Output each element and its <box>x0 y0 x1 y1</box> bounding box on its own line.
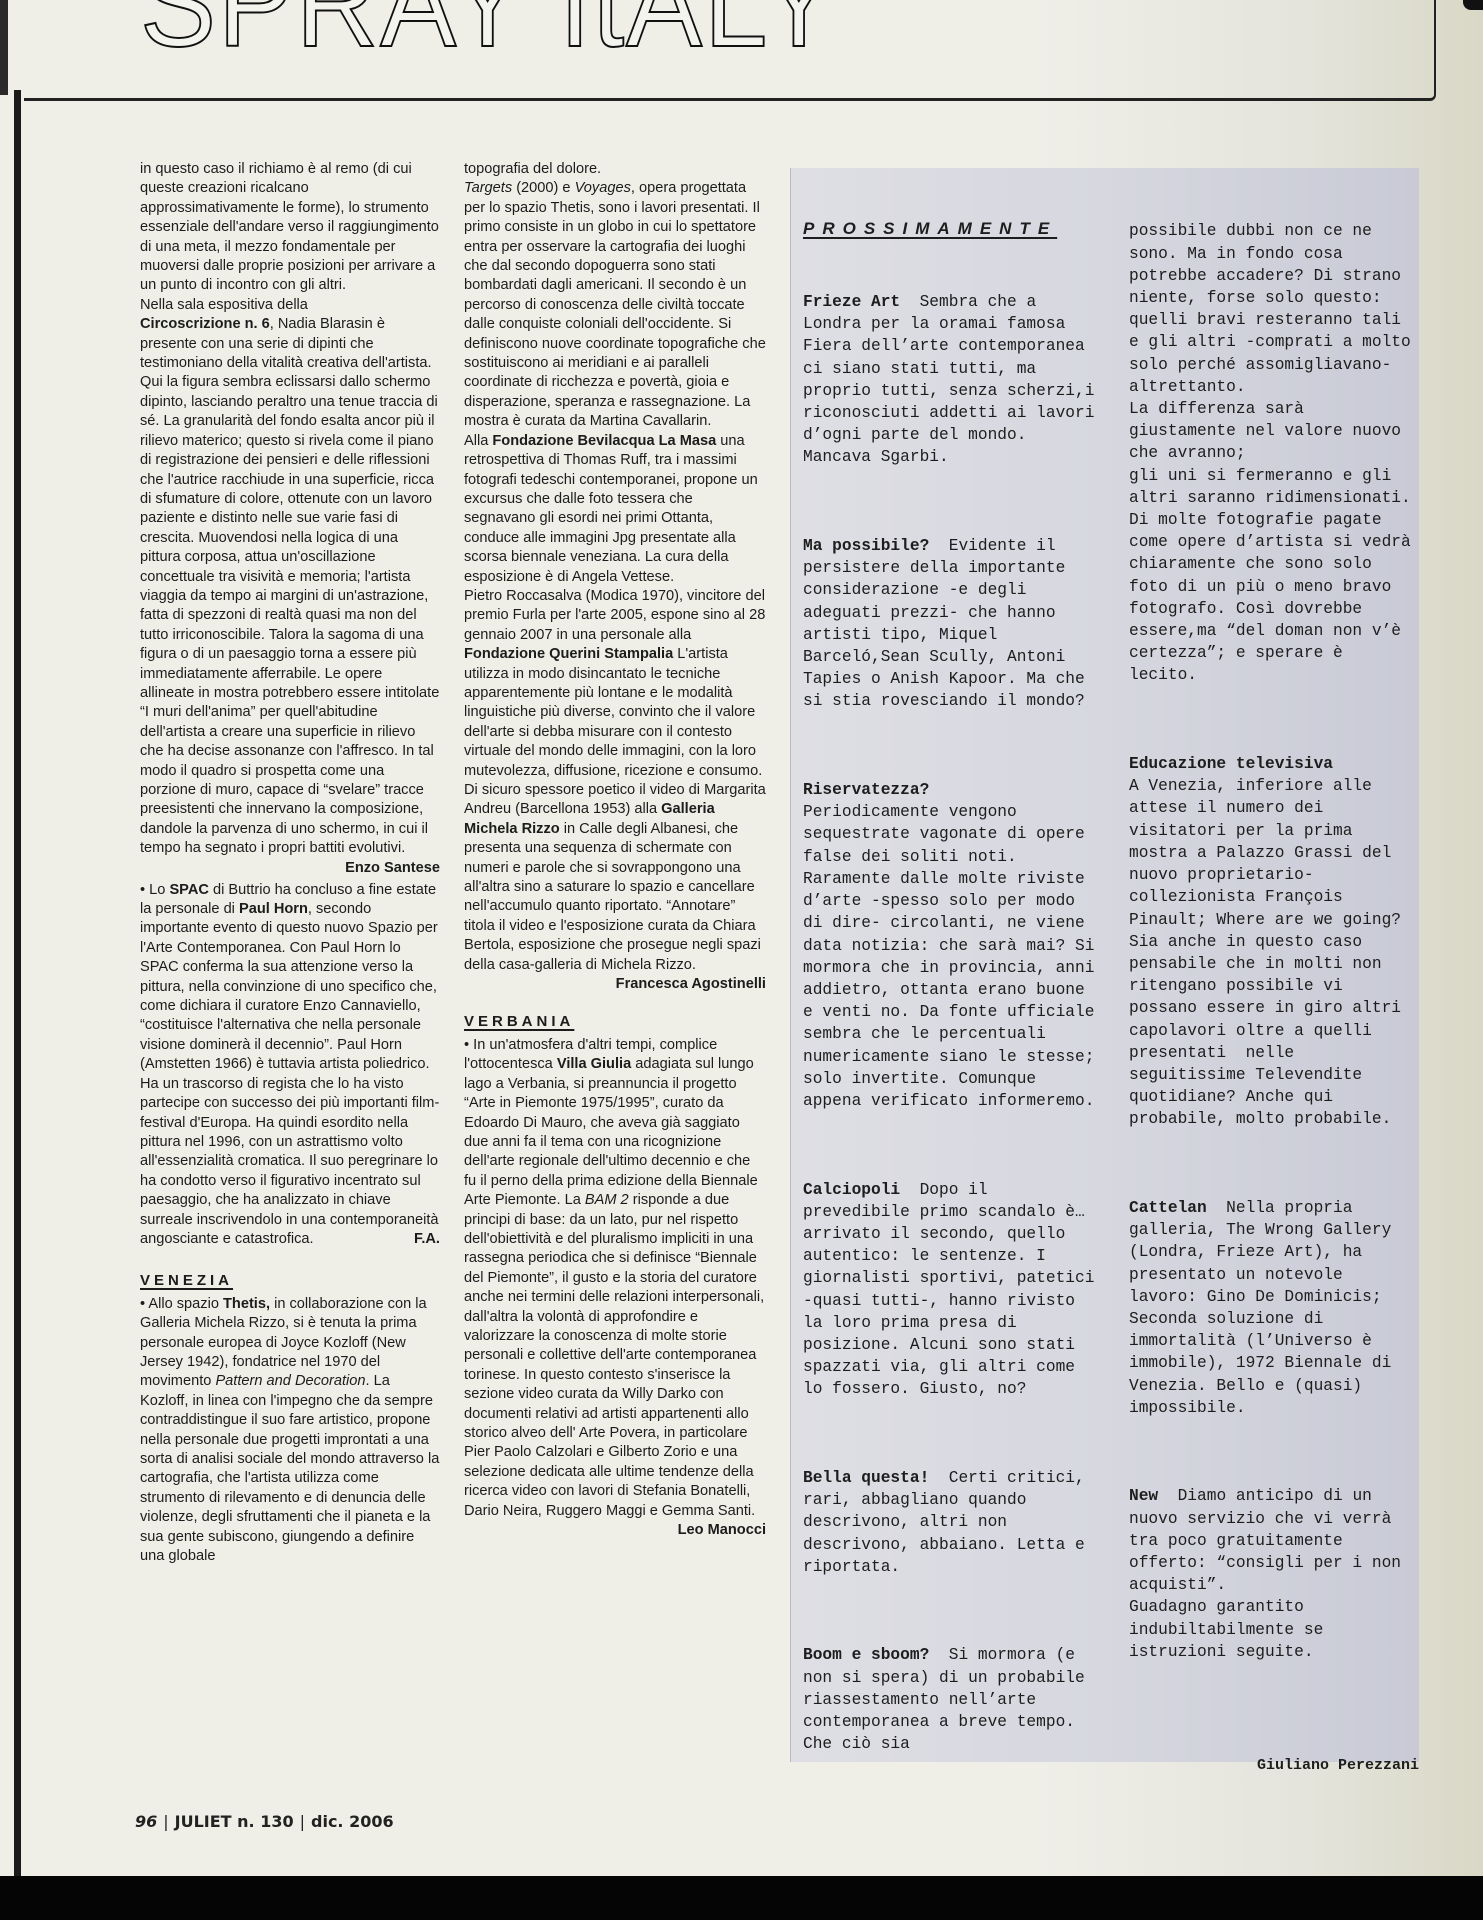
paragraph-thetis: • Allo spazio Thetis, in collaborazione … <box>140 1295 440 1567</box>
author-signature: Enzo Santese <box>345 859 440 878</box>
scan-background <box>0 1876 1483 1920</box>
sidebar-item: Riservatezza? Periodicamente vengono seq… <box>803 779 1103 1112</box>
venue-name: Villa Giulia <box>557 1056 631 1072</box>
sidebar-item: New Diamo anticipo di un nuovo servizio … <box>1129 1485 1419 1663</box>
sidebar-column-1: PROSSIMAMENTE Frieze Art Sembra che a Lo… <box>803 174 1103 1822</box>
sidebar-item: Boom e sboom? Si mormora (e non si spera… <box>803 1644 1103 1755</box>
sidebar-item: Calciopoli Dopo il prevedibile primo sca… <box>803 1179 1103 1401</box>
paragraph: topografia del dolore. <box>464 160 766 179</box>
paragraph: in questo caso il richiamo è al remo (di… <box>140 160 440 296</box>
paragraph-bevilacqua: Alla Fondazione Bevilacqua La Masa una r… <box>464 432 766 587</box>
separator: | <box>163 1812 168 1831</box>
venue-name: SPAC <box>169 882 208 898</box>
work-title: Voyages <box>575 180 631 196</box>
artist-name: Paul Horn <box>239 901 308 917</box>
page-title: SPRAY ItALY <box>140 0 839 66</box>
magazine-page: SPRAY ItALY in questo caso il richiamo è… <box>0 0 1483 1876</box>
author-signature: Leo Manocci <box>464 1521 766 1540</box>
section-heading-verbania: VERBANIA <box>464 1012 766 1031</box>
magazine-issue: JULIET n. 130 <box>175 1812 294 1831</box>
paragraph-targets: Targets (2000) e Voyages, opera progetta… <box>464 179 766 431</box>
venue-name: Fondazione Bevilacqua La Masa <box>492 433 716 449</box>
sidebar-title: PROSSIMAMENTE <box>803 218 1103 240</box>
paragraph-querini: Pietro Roccasalva (Modica 1970), vincito… <box>464 587 766 781</box>
venue-name: Fondazione Querini Stampalia <box>464 646 673 662</box>
section-heading-venezia: VENEZIA <box>140 1271 440 1290</box>
sidebar-item: Bella questa! Certi critici, rari, abbag… <box>803 1467 1103 1578</box>
paragraph-circoscrizione: Nella sala espositiva della Circoscrizio… <box>140 296 440 859</box>
author-signature: F.A. <box>414 1230 440 1249</box>
sidebar-continuation: possibile dubbi non ce ne sono. Ma in fo… <box>1129 220 1419 686</box>
page-number: 96 <box>135 1812 157 1831</box>
issue-date: dic. 2006 <box>311 1812 394 1831</box>
page-edge-shadow <box>0 0 8 95</box>
page-footer: 96|JULIET n. 130|dic. 2006 <box>135 1812 394 1831</box>
article-column-1: in questo caso il richiamo è al remo (di… <box>140 160 440 1566</box>
prossimamente-box: PROSSIMAMENTE Frieze Art Sembra che a Lo… <box>790 168 1419 1762</box>
author-signature: Giuliano Perezzani <box>1129 1755 1419 1777</box>
venue-name: Circoscrizione n. 6 <box>140 316 270 332</box>
sidebar-item: Cattelan Nella propria galleria, The Wro… <box>1129 1197 1419 1419</box>
sidebar-item: Frieze Art Sembra che a Londra per la or… <box>803 291 1103 469</box>
left-margin-rule <box>14 90 21 1880</box>
venue-name: Thetis, <box>223 1296 270 1312</box>
sidebar-item: Ma possibile? Evidente il persistere del… <box>803 535 1103 713</box>
work-title: Targets <box>464 180 512 196</box>
sidebar-item: Educazione televisiva A Venezia, inferio… <box>1129 753 1419 1130</box>
paragraph-verbania: • In un'atmosfera d'altri tempi, complic… <box>464 1036 766 1521</box>
movement-name: Pattern and Decoration <box>215 1373 365 1389</box>
separator: | <box>300 1812 305 1831</box>
author-signature: Francesca Agostinelli <box>464 975 766 994</box>
binding-clip <box>1463 0 1483 10</box>
article-column-2: topografia del dolore. Targets (2000) e … <box>464 160 766 1540</box>
paragraph-spac: • Lo SPAC di Buttrio ha concluso a fine … <box>140 881 440 1250</box>
paragraph-rizzo: Di sicuro spessore poetico il video di M… <box>464 781 766 975</box>
sidebar-column-2: possibile dubbi non ce ne sono. Ma in fo… <box>1129 176 1419 1822</box>
event-name: BAM 2 <box>585 1192 629 1208</box>
